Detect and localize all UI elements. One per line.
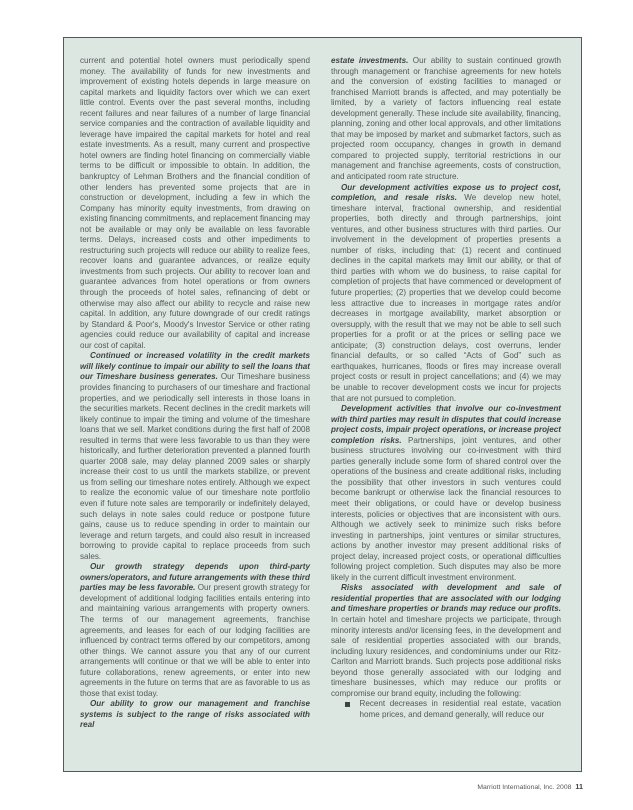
paragraph-lead: Continued or increased volatility in the… [80,351,310,381]
paragraph-lead: Development activities that involve our … [331,404,561,445]
paragraph: estate investments. Our ability to susta… [331,56,561,183]
two-column-layout: current and potential hotel owners must … [80,56,562,731]
document-page: { "colors": { "page_background": "#fffff… [0,0,633,810]
bullet-text: Recent decreases in residential real est… [360,699,562,720]
paragraph: Continued or increased volatility in the… [80,351,310,562]
bullet-square-icon [345,702,350,707]
paragraph-lead: estate investments. [331,56,408,65]
paragraph: Development activities that involve our … [331,404,561,583]
footer-text: Marriott International, Inc. 2008 [477,784,571,791]
paragraph-lead: Our development activities expose us to … [331,183,561,203]
paragraph-lead: Risks associated with development and sa… [331,583,561,613]
paragraph: current and potential hotel owners must … [80,56,310,351]
paragraph: Our growth strategy depends upon third-p… [80,562,310,699]
bullet-item: Recent decreases in residential real est… [331,699,561,720]
paragraph-lead: Our ability to grow our management and f… [80,699,310,729]
right-column: estate investments. Our ability to susta… [331,56,561,731]
paragraph: Our ability to grow our management and f… [80,699,310,731]
risk-factors-panel: current and potential hotel owners must … [63,37,582,772]
page-footer: Marriott International, Inc. 200811 [477,782,583,791]
paragraph: Our development activities expose us to … [331,183,561,404]
paragraph: Risks associated with development and sa… [331,583,561,699]
left-column: current and potential hotel owners must … [80,56,310,731]
page-number: 11 [575,782,583,791]
paragraph-lead: Our growth strategy depends upon third-p… [80,562,310,592]
